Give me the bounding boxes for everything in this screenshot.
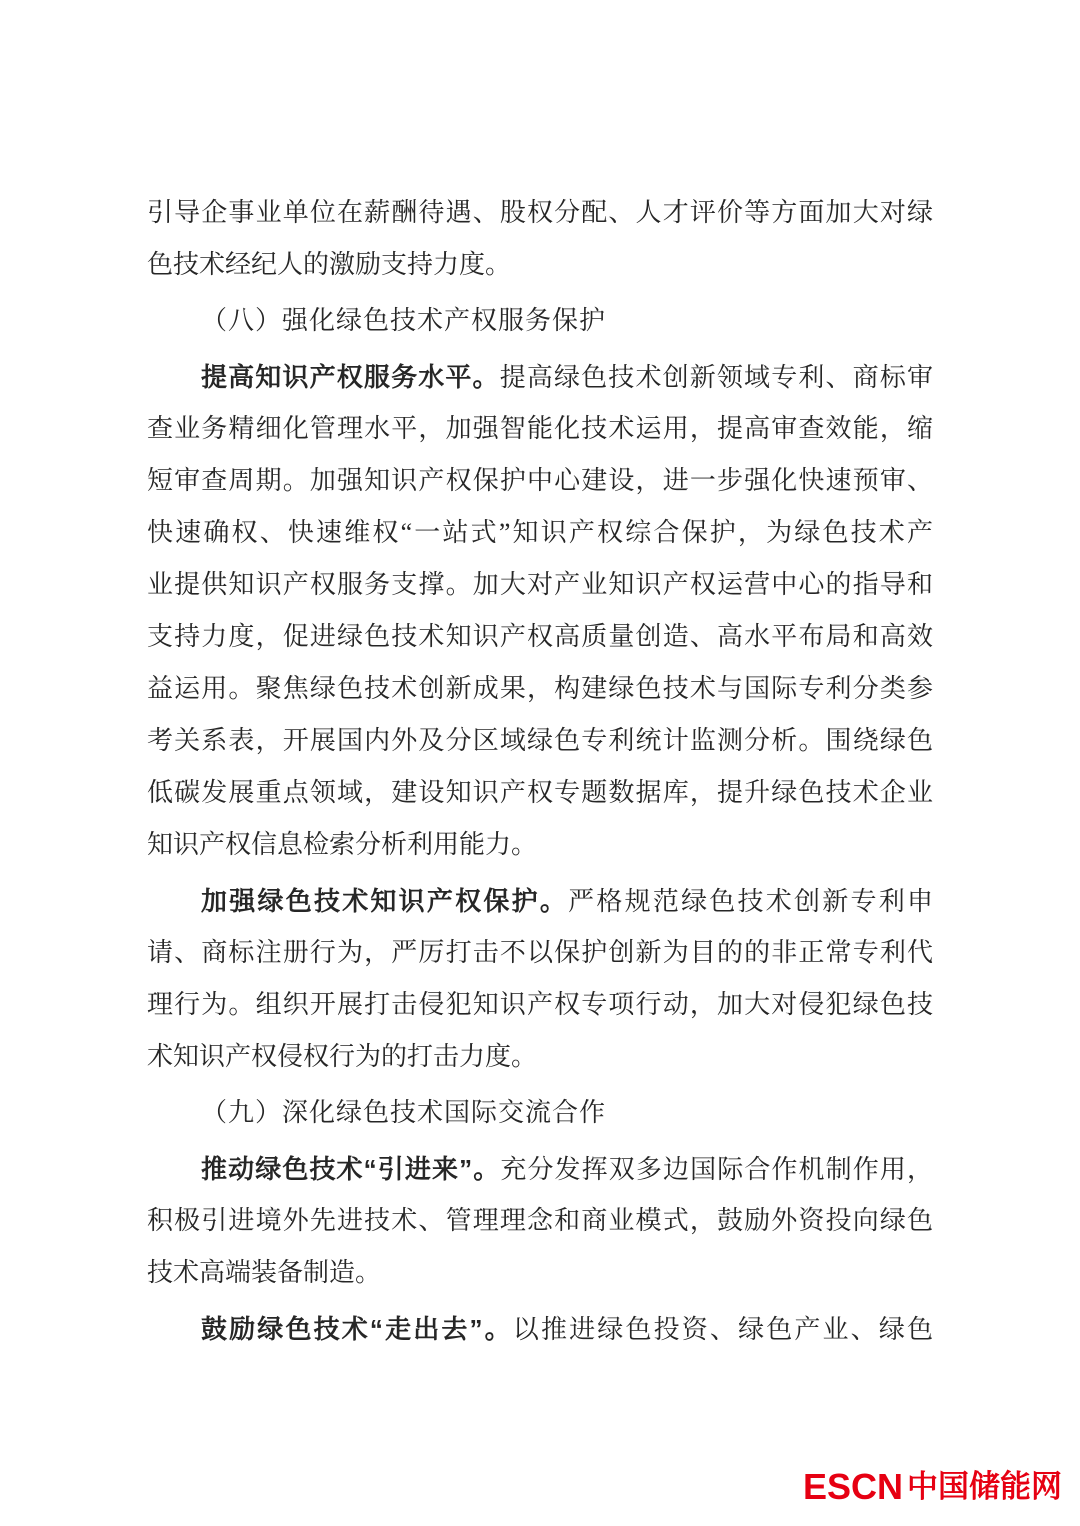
line-text: 严格规范绿色技术创新专利申 [568, 887, 933, 916]
line-text: 色技术经纪人的激励支持力度。 [147, 250, 511, 279]
text-line: 积极引进境外先进技术、管理理念和商业模式，鼓励外资投向绿色 [147, 1195, 933, 1247]
line-text: （八）强化绿色技术产权服务保护 [201, 306, 606, 335]
text-line: 短审查周期。加强知识产权保护中心建设，进一步强化快速预审、 [147, 455, 933, 507]
line-text: 低碳发展重点领域，建设知识产权专题数据库，提升绿色技术企业 [147, 778, 933, 807]
line-text: 以推进绿色投资、绿色产业、绿色 [513, 1315, 933, 1344]
text-line: 术知识产权侵权行为的打击力度。 [147, 1031, 933, 1083]
bold-lead-in: 加强绿色技术知识产权保护。 [201, 886, 568, 916]
line-text: 短审查周期。加强知识产权保护中心建设，进一步强化快速预审、 [147, 466, 933, 495]
text-line: 推动绿色技术“引进来”。充分发挥双多边国际合作机制作用， [147, 1143, 933, 1195]
line-text: 术知识产权侵权行为的打击力度。 [147, 1042, 537, 1071]
bold-lead-in: 推动绿色技术“引进来”。 [201, 1154, 500, 1184]
line-text: 积极引进境外先进技术、管理理念和商业模式，鼓励外资投向绿色 [147, 1206, 933, 1235]
text-line: 益运用。聚焦绿色技术创新成果，构建绿色技术与国际专利分类参 [147, 663, 933, 715]
line-text: 技术高端装备制造。 [147, 1258, 381, 1287]
line-text: 快速确权、快速维权“一站式”知识产权综合保护，为绿色技术产 [147, 518, 933, 547]
document-page: 引导企事业单位在薪酬待遇、股权分配、人才评价等方面加大对绿色技术经纪人的激励支持… [0, 0, 1080, 1526]
text-line: 理行为。组织开展打击侵犯知识产权专项行动，加大对侵犯绿色技 [147, 979, 933, 1031]
text-line: 考关系表，开展国内外及分区域绿色专利统计监测分析。围绕绿色 [147, 715, 933, 767]
line-text: 充分发挥双多边国际合作机制作用， [500, 1155, 933, 1184]
text-line: 查业务精细化管理水平，加强智能化技术运用，提高审查效能，缩 [147, 403, 933, 455]
line-text: 提高绿色技术创新领域专利、商标审 [500, 363, 933, 392]
bold-lead-in: 鼓励绿色技术“走出去”。 [201, 1314, 513, 1344]
text-line: 加强绿色技术知识产权保护。严格规范绿色技术创新专利申 [147, 875, 933, 927]
text-line: 鼓励绿色技术“走出去”。以推进绿色投资、绿色产业、绿色 [147, 1303, 933, 1355]
text-line: 快速确权、快速维权“一站式”知识产权综合保护，为绿色技术产 [147, 507, 933, 559]
text-line: 提高知识产权服务水平。提高绿色技术创新领域专利、商标审 [147, 351, 933, 403]
text-line: 色技术经纪人的激励支持力度。 [147, 239, 933, 291]
line-text: 理行为。组织开展打击侵犯知识产权专项行动，加大对侵犯绿色技 [147, 990, 933, 1019]
line-text: 查业务精细化管理水平，加强智能化技术运用，提高审查效能，缩 [147, 414, 933, 443]
text-line: 引导企事业单位在薪酬待遇、股权分配、人才评价等方面加大对绿 [147, 187, 933, 239]
text-line: 业提供知识产权服务支撑。加大对产业知识产权运营中心的指导和 [147, 559, 933, 611]
text-line: 请、商标注册行为，严厉打击不以保护创新为目的的非正常专利代 [147, 927, 933, 979]
escn-logo-latin-text: ESCN [803, 1469, 903, 1505]
line-text: 考关系表，开展国内外及分区域绿色专利统计监测分析。围绕绿色 [147, 726, 933, 755]
escn-watermark-logo: ESCN 中国储能网 [803, 1469, 1062, 1505]
line-text: （九）深化绿色技术国际交流合作 [201, 1098, 606, 1127]
document-text-block: 引导企事业单位在薪酬待遇、股权分配、人才评价等方面加大对绿色技术经纪人的激励支持… [147, 187, 933, 1355]
line-text: 请、商标注册行为，严厉打击不以保护创新为目的的非正常专利代 [147, 938, 933, 967]
line-text: 知识产权信息检索分析利用能力。 [147, 830, 537, 859]
bold-lead-in: 提高知识产权服务水平。 [201, 362, 500, 392]
section-heading: （八）强化绿色技术产权服务保护 [147, 295, 933, 347]
line-text: 业提供知识产权服务支撑。加大对产业知识产权运营中心的指导和 [147, 570, 933, 599]
line-text: 益运用。聚焦绿色技术创新成果，构建绿色技术与国际专利分类参 [147, 674, 933, 703]
text-line: 低碳发展重点领域，建设知识产权专题数据库，提升绿色技术企业 [147, 767, 933, 819]
escn-logo-cjk-text: 中国储能网 [907, 1469, 1062, 1505]
section-heading: （九）深化绿色技术国际交流合作 [147, 1087, 933, 1139]
text-line: 支持力度，促进绿色技术知识产权高质量创造、高水平布局和高效 [147, 611, 933, 663]
text-line: 技术高端装备制造。 [147, 1247, 933, 1299]
line-text: 引导企事业单位在薪酬待遇、股权分配、人才评价等方面加大对绿 [147, 198, 933, 227]
line-text: 支持力度，促进绿色技术知识产权高质量创造、高水平布局和高效 [147, 622, 933, 651]
text-line: 知识产权信息检索分析利用能力。 [147, 819, 933, 871]
